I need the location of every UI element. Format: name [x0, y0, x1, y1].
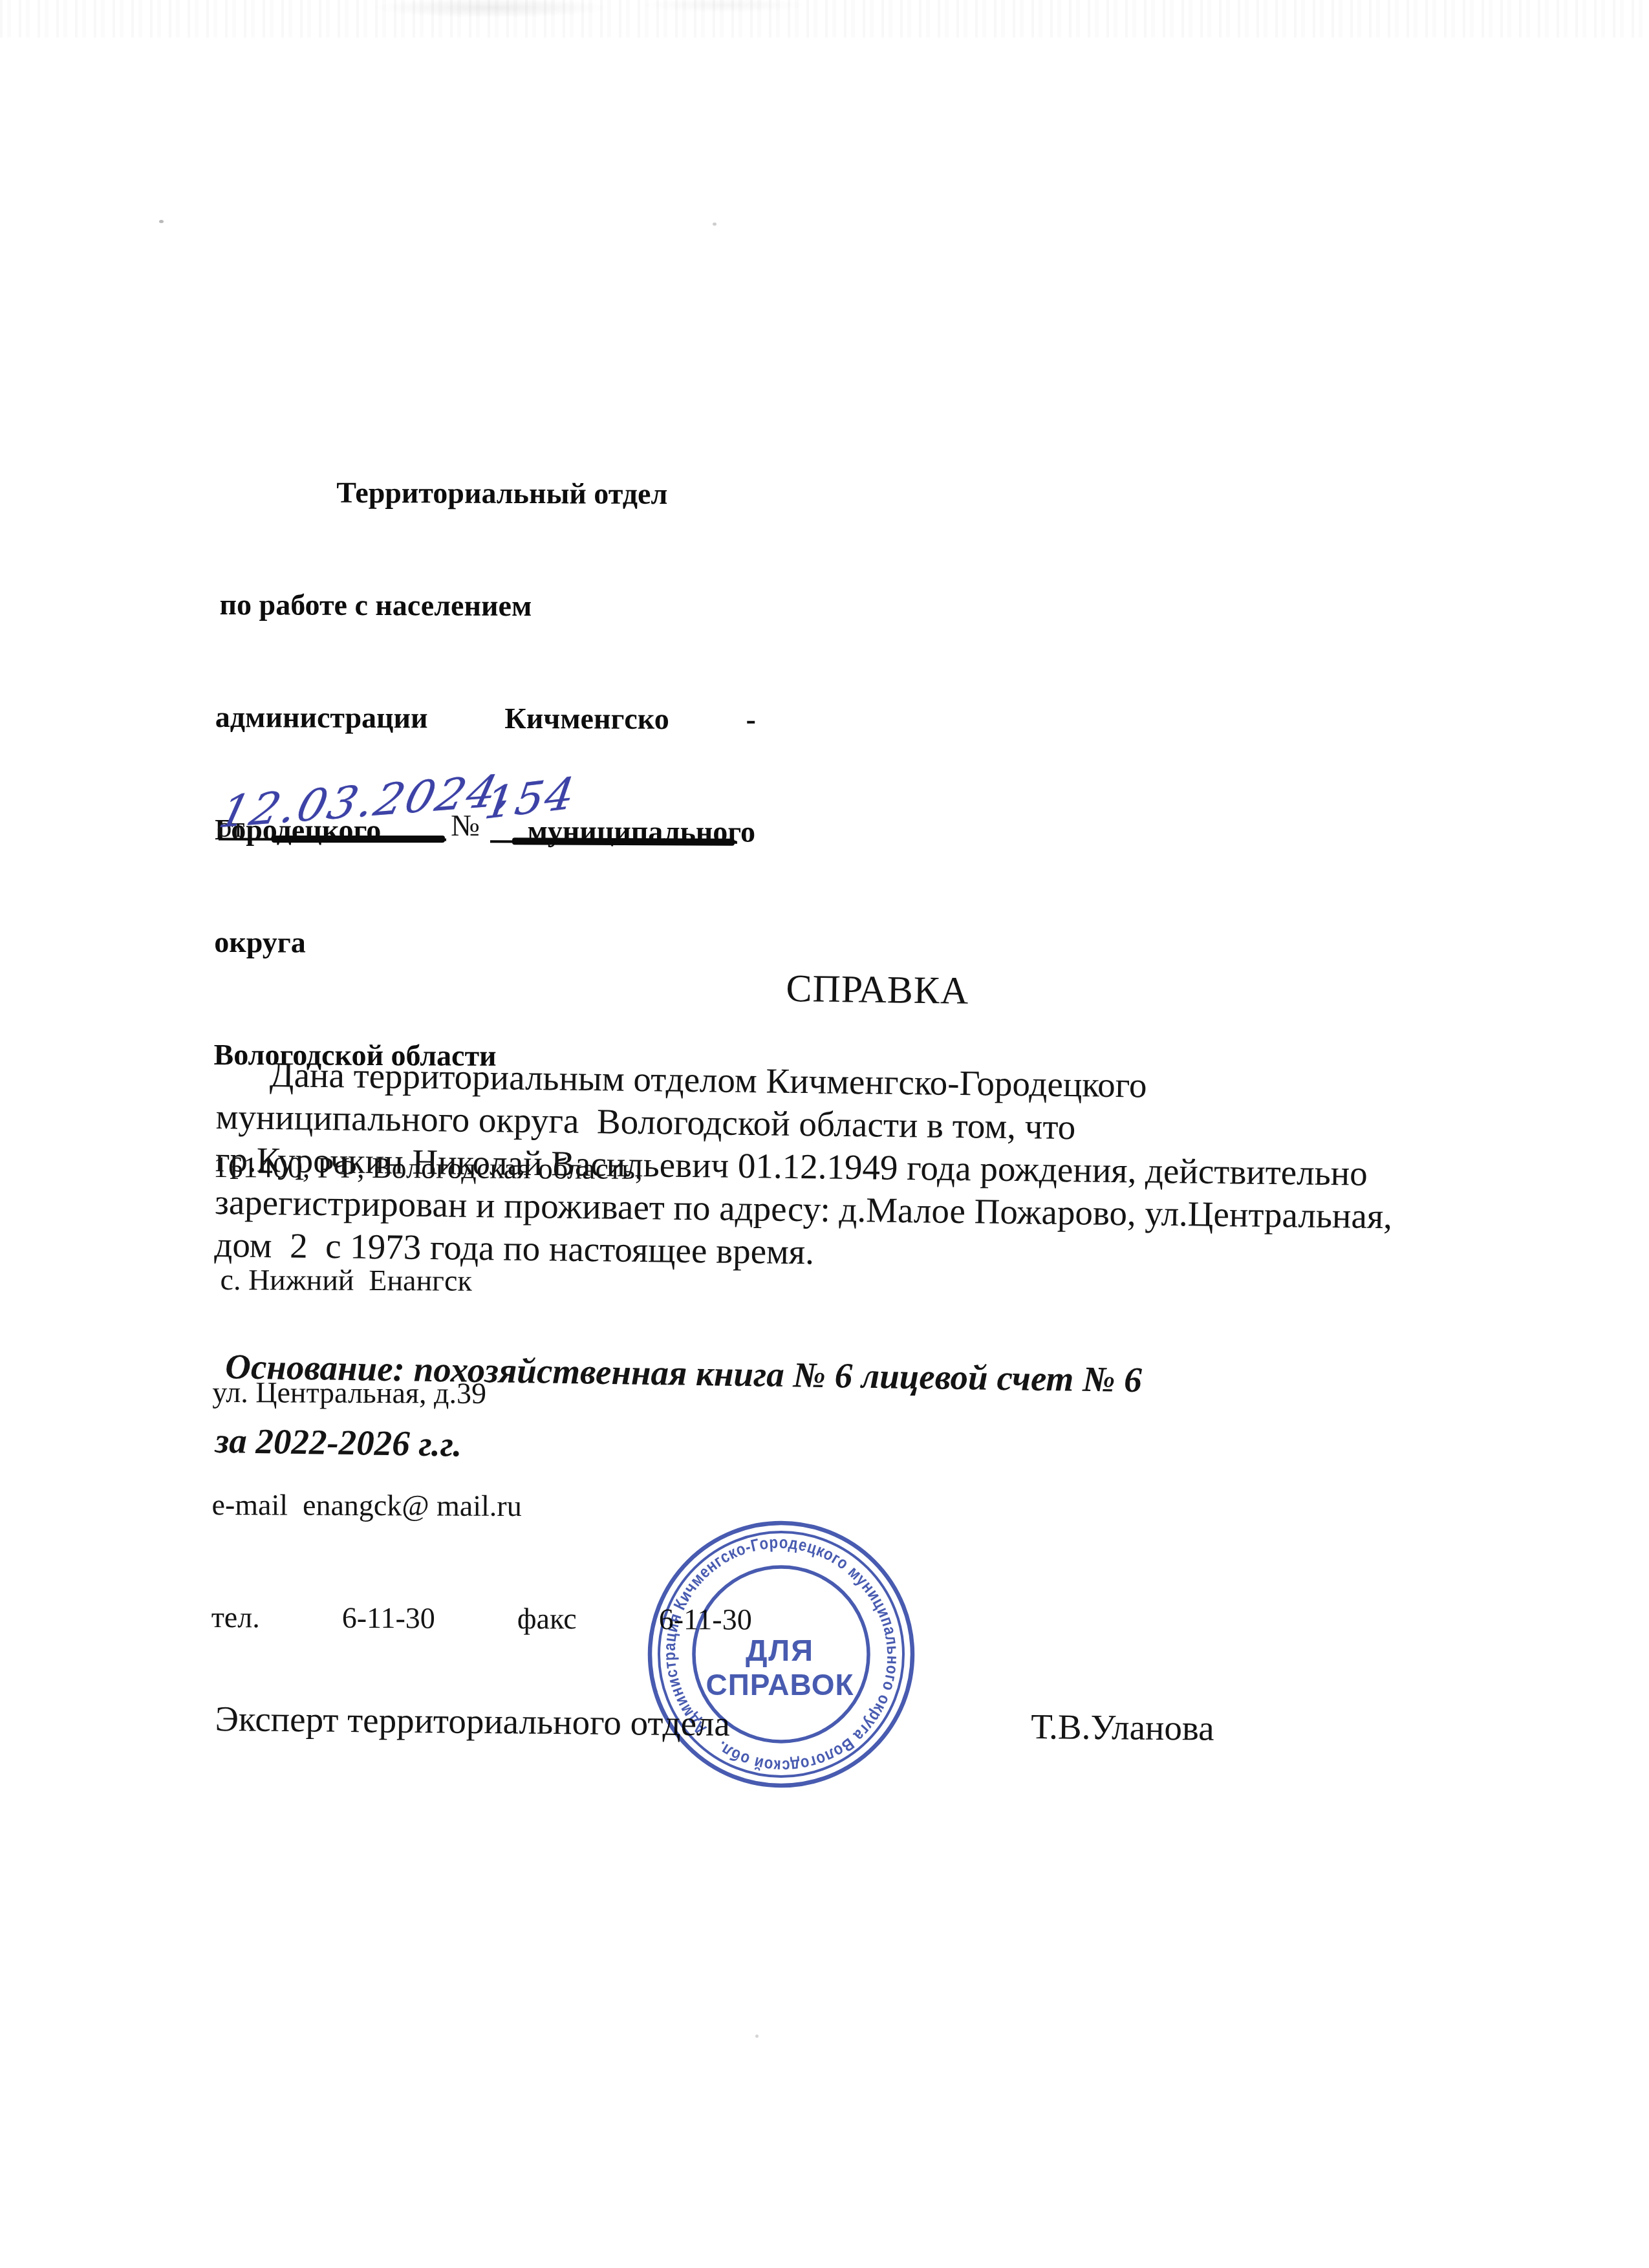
- scan-speck: [159, 220, 164, 223]
- letterhead-org-line: Территориальный отдел: [216, 473, 757, 513]
- scan-speck: [755, 2035, 759, 2038]
- round-stamp: Администрация Кичменгско-Городецкого мун…: [629, 1502, 934, 1807]
- basis-line: Основание: похозяйственная книга № 6 лиц…: [216, 1345, 1381, 1405]
- phone-label: тел.: [211, 1599, 260, 1636]
- scan-noise-band: [0, 0, 1649, 38]
- stamp-center-line2: СПРАВОК: [706, 1668, 854, 1701]
- ref-number-underline-bold: [512, 837, 735, 846]
- body-paragraph: Дана территориальным отделом Кичменгско-…: [214, 1053, 1568, 1283]
- letterhead-org-line: округа: [214, 923, 755, 964]
- letterhead-word: Кичменгско: [504, 700, 669, 738]
- signature-name: Т.В.Уланова: [1031, 1706, 1214, 1749]
- ref-date-underline-bold: [272, 836, 445, 843]
- document-title: СПРАВКА: [786, 966, 969, 1013]
- phone-value: 6-11-30: [342, 1599, 435, 1637]
- basis-block: Основание: похозяйственная книга № 6 лиц…: [215, 1345, 1380, 1480]
- letterhead-word: -: [746, 701, 756, 739]
- letterhead-word: администрации: [215, 698, 428, 737]
- letterhead-org-line: администрации Кичменгско -: [215, 698, 756, 739]
- scan-speck: [713, 222, 717, 226]
- scanned-certificate-page: Территориальный отдел по работе с населе…: [0, 0, 1649, 2268]
- fax-label: факс: [517, 1600, 577, 1637]
- letterhead-org-line: по работе с населением: [215, 586, 756, 626]
- stamp-center-line1: ДЛЯ: [746, 1633, 814, 1667]
